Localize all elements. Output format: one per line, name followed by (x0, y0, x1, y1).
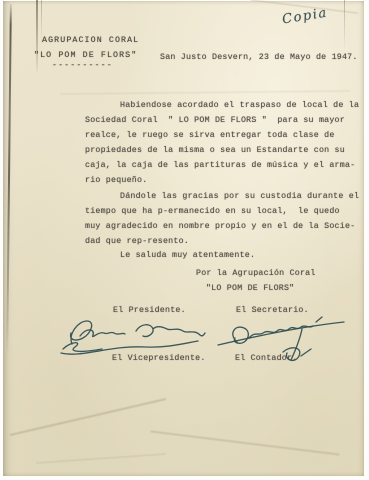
body-line: Habiendose acordado el traspaso de local… (120, 101, 359, 110)
body-line: caja, la caja de las partituras de músic… (85, 161, 355, 170)
signoff-org: Por la Agrupación Coral (196, 269, 316, 278)
body-line: Dándole las gracias por su custodia dura… (120, 192, 359, 201)
body-line: realce, le ruego se sirva entregar toda … (85, 131, 335, 140)
letterhead-org-subname: "LO POM DE FLORS" (34, 51, 137, 60)
accountant-title: El Contador. (235, 354, 297, 363)
letterhead-org-name: AGRUPACION CORAL (42, 36, 139, 45)
body-line: propiedades de la misma o sea un Estanda… (85, 146, 345, 155)
body-line: Sociedad Coral " LO POM DE FLORS " para … (85, 116, 345, 125)
body-line: muy agradecido en nombre propio y en el … (85, 222, 355, 231)
president-signature (56, 312, 208, 358)
vicepresident-title: El Vicepresidente. (112, 354, 206, 363)
letterhead-rule: ---------- (52, 61, 113, 70)
body-line: dad que rep-resento. (85, 237, 189, 246)
scanned-letter: Copia AGRUPACION CORAL "LO POM DE FLORS"… (0, 0, 369, 480)
signoff-society: "LO POM DE FLORS" (206, 284, 294, 293)
closing-line: Le saluda muy atentamente. (120, 251, 255, 260)
secretary-title: El Secretario. (236, 306, 309, 315)
dateline: San Justo Desvern, 23 de Mayo de 1947. (160, 53, 358, 62)
body-line: rio pequeño. (85, 176, 147, 185)
body-line: tiempo que ha p-ermanecido en su local, … (85, 207, 340, 216)
